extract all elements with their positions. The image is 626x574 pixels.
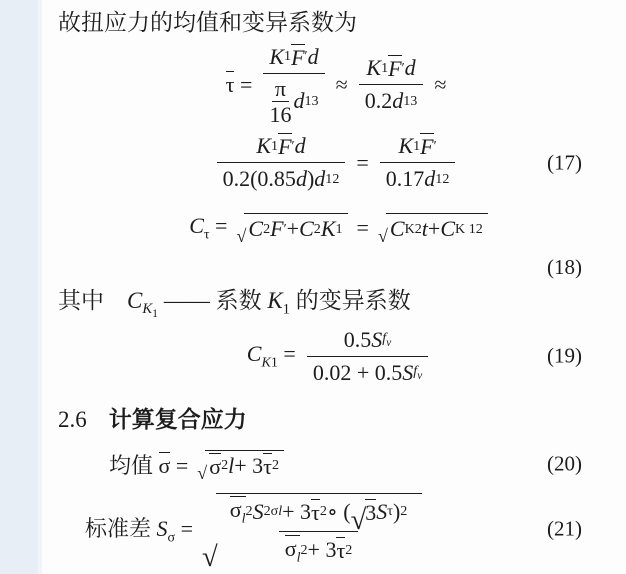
radical-left: √ C2 F′ + C2 K1 bbox=[236, 213, 347, 242]
ck1-lhs: CK1 = bbox=[247, 341, 296, 371]
fraction-right: K1F′ 0.17d12 bbox=[380, 133, 456, 192]
fraction: σl2S2 σl + 3τ2 ∘ (√3 Sτ)2 σl2 + 3τ2 bbox=[224, 496, 414, 566]
fraction-k1fd-over-pi16: K1F′d π16d13 bbox=[263, 44, 324, 126]
equation-20: 均值 σ = √ σ2l + 3τ2 (20) bbox=[46, 443, 626, 485]
section-heading: 2.6 计算复合应力 bbox=[58, 401, 626, 434]
numerator: K1F′d bbox=[360, 55, 421, 84]
fraction-left: K1F′d 0.2(0.85d)d12 bbox=[217, 133, 346, 192]
radicand: C2 F′ + C2 K1 bbox=[244, 213, 347, 242]
paper-page: 故扭应力的均值和变异系数为 τ = K1F′d π16d13 ≈ K1F′d 0… bbox=[0, 0, 626, 574]
equation-number-19: (19) bbox=[547, 344, 582, 369]
numerator: K1F′d bbox=[263, 44, 324, 73]
equation-number-18: (18) bbox=[547, 255, 582, 279]
equation-19: CK1 = 0.5Sfv 0.02 + 0.5Sfv (19) bbox=[46, 326, 626, 386]
page-content: 故扭应力的均值和变异系数为 τ = K1F′d π16d13 ≈ K1F′d 0… bbox=[46, 0, 626, 574]
radical-sign: √ bbox=[197, 463, 207, 484]
numerator: K1F′ bbox=[392, 133, 442, 162]
radical: √ σl2S2 σl + 3τ2 ∘ (√3 Sτ)2 σl2 + 3τ2 bbox=[202, 493, 422, 566]
equation-number-21: (21) bbox=[547, 517, 582, 542]
equals-sign: = bbox=[357, 215, 369, 241]
radical: √ σ2l + 3τ2 bbox=[197, 450, 284, 479]
equation-number-17: (17) bbox=[547, 150, 582, 175]
denominator: 0.2(0.85d)d12 bbox=[217, 162, 346, 192]
c-tau-lhs: Cτ = bbox=[189, 213, 227, 243]
radical-sign: √ bbox=[202, 542, 218, 574]
equals-sign: = bbox=[356, 150, 368, 176]
numerator: 0.5Sfv bbox=[338, 327, 397, 356]
approx-sign: ≈ bbox=[336, 72, 348, 98]
radical-sign: √ bbox=[236, 226, 246, 247]
section-number: 2.6 bbox=[58, 407, 87, 433]
mean-sigma-lhs: 均值 σ = bbox=[109, 449, 188, 480]
equation-tau-mean: τ = K1F′d π16d13 ≈ K1F′d 0.2d13 ≈ bbox=[46, 41, 626, 129]
radicand: σl2S2 σl + 3τ2 ∘ (√3 Sτ)2 σl2 + 3τ2 bbox=[216, 493, 423, 566]
denominator: σl2 + 3τ2 bbox=[279, 531, 359, 566]
approx-sign: ≈ bbox=[434, 72, 446, 98]
section-title: 计算复合应力 bbox=[109, 401, 247, 434]
radical-right: √ CK 2t + CK 12 bbox=[378, 213, 488, 242]
numerator: K1F′d bbox=[250, 133, 311, 162]
denominator: 0.17d12 bbox=[380, 162, 456, 192]
denominator: 0.2d13 bbox=[359, 84, 424, 114]
std-dev-lhs: 标准差 Sσ = bbox=[85, 512, 193, 546]
equation-18-number: (18) bbox=[46, 255, 626, 280]
tau-lhs: τ = bbox=[226, 71, 253, 98]
page-margin-strip bbox=[0, 0, 42, 574]
equation-17: K1F′d 0.2(0.85d)d12 = K1F′ 0.17d12 (17) bbox=[46, 133, 626, 193]
equation-21: 标准差 Sσ = √ σl2S2 σl + 3τ2 ∘ (√3 Sτ)2 σl2… bbox=[46, 491, 626, 567]
equation-number-20: (20) bbox=[547, 452, 582, 477]
denominator: π16d13 bbox=[263, 73, 324, 126]
fraction: 0.5Sfv 0.02 + 0.5Sfv bbox=[307, 327, 428, 386]
numerator: σl2S2 σl + 3τ2 ∘ (√3 Sτ)2 bbox=[224, 496, 414, 531]
radicand: CK 2t + CK 12 bbox=[386, 213, 488, 242]
where-clause: 其中 CK1 —— 系数 K1 的变异系数 bbox=[58, 287, 626, 322]
intro-text: 故扭应力的均值和变异系数为 bbox=[58, 9, 626, 38]
radical-sign: √ bbox=[378, 226, 388, 247]
fraction-k1fd-over-02d: K1F′d 0.2d13 bbox=[359, 55, 424, 114]
denominator: 0.02 + 0.5Sfv bbox=[307, 356, 428, 386]
radicand: σ2l + 3τ2 bbox=[205, 450, 284, 479]
equation-18: Cτ = √ C2 F′ + C2 K1 = √ CK 2t + CK 12 bbox=[46, 205, 626, 251]
